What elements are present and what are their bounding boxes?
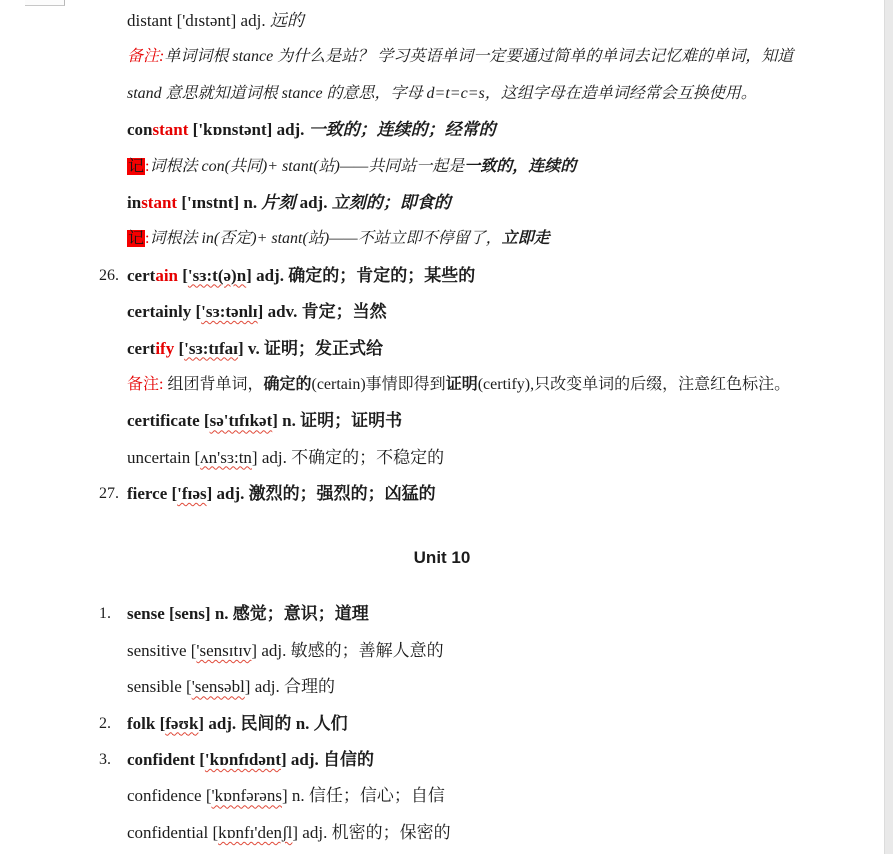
text-run: 激烈的；强烈的；凶猛的: [249, 484, 436, 503]
text-run: con: [127, 120, 153, 139]
text-run: in: [127, 193, 141, 212]
text-run: 民间的: [240, 714, 295, 733]
text-run: stant: [153, 120, 189, 139]
text-run: 记: [127, 230, 145, 247]
root-note-line: 记:词根法 con(共同)+ stant(站)——共同站一起是一致的，连续的: [0, 156, 884, 192]
text-run: 事情即得到: [366, 376, 446, 393]
text-run: 信任；信心；自信: [309, 786, 445, 805]
text-run: stant: [141, 193, 177, 212]
text-run: ['ɪnstnt] n.: [177, 193, 261, 212]
text-run: ] adj.: [207, 484, 249, 503]
text-run: 备注:: [127, 48, 164, 65]
vocab-line: confidential [kɒnfɪ'denʃl] adj. 机密的；保密的: [0, 822, 884, 854]
vocab-line: sensitive ['sensɪtɪv] adj. 敏感的；善解人意的: [0, 640, 884, 676]
text-run: 记: [127, 158, 145, 175]
text-run: ] n.: [282, 786, 309, 805]
text-run: [: [178, 266, 188, 285]
document-body: distant ['dɪstənt] adj. 远的备注:单词词根 stance…: [0, 10, 884, 854]
text-run: ] adv.: [258, 302, 302, 321]
line-number: 3.: [99, 749, 111, 771]
floating-box-fragment: [25, 0, 65, 6]
text-run: ] adj.: [292, 823, 331, 842]
text-run: 合理的: [284, 677, 335, 696]
text-run: 不确定的；不稳定的: [291, 448, 444, 467]
text-run: ] v.: [238, 339, 264, 358]
text-run: 'sɜ:tənlɪ: [201, 302, 258, 321]
text-run: sense [sens] n.: [127, 604, 233, 623]
note-line: stand 意思就知道词根 stance 的意思，字母 d=t=c=s，这组字母…: [0, 83, 884, 119]
note-line: 备注: 组团背单词，确定的(certain)事情即得到证明(certify),只…: [0, 374, 884, 410]
text-run: ʌn'sɜ:tn: [200, 448, 252, 467]
text-run: 'sɜ:tɪfaɪ: [184, 339, 238, 358]
text-run: fəʊk: [165, 714, 198, 733]
line-number: 1.: [99, 603, 111, 625]
page-edge-strip: [884, 0, 893, 854]
text-run: 'kɒnfɪdənt: [205, 750, 281, 769]
vocab-line: certificate [sə'tɪfɪkət] n. 证明；证明书: [0, 410, 884, 446]
vocab-line: sensible ['sensəbl] adj. 合理的: [0, 676, 884, 712]
text-run: confidential [: [127, 823, 218, 842]
text-run: 人们: [314, 714, 348, 733]
text-run: uncertain [: [127, 448, 200, 467]
vocab-line: distant ['dɪstənt] adj. 远的: [0, 10, 884, 46]
vocab-line: 1.sense [sens] n. 感觉；意识；道理: [0, 603, 884, 639]
text-run: 'sensɪtɪv: [196, 641, 251, 660]
text-run: 肯定；当然: [302, 302, 387, 321]
text-run: 单词词根 stance 为什么是站？ 学习英语单词一定要通过简单的单词去记忆难的…: [164, 48, 793, 65]
text-run: 'sɜ:t(ə)n: [188, 266, 246, 285]
line-number: 2.: [99, 713, 111, 735]
text-run: confidence [: [127, 786, 211, 805]
text-run: ['kɒnstənt] adj.: [188, 120, 308, 139]
text-run: 证明；发正式给: [264, 339, 383, 358]
text-run: 'kɒnfərəns: [211, 786, 281, 805]
text-run: ] adj.: [246, 266, 288, 285]
text-run: 'sensəbl: [192, 677, 245, 696]
text-run: certainly [: [127, 302, 201, 321]
vocab-line: 2.folk [fəʊk] adj. 民间的 n. 人们: [0, 713, 884, 749]
vocab-line: constant ['kɒnstənt] adj. 一致的；连续的；经常的: [0, 119, 884, 155]
text-run: 立刻的；即食的: [332, 193, 451, 212]
vocab-line: 3.confident ['kɒnfɪdənt] adj. 自信的: [0, 749, 884, 785]
unit-heading: Unit 10: [0, 547, 884, 567]
vocab-line: certify ['sɜ:tɪfaɪ] v. 证明；发正式给: [0, 338, 884, 374]
text-run: Unit 10: [414, 548, 471, 567]
text-run: ] adj.: [251, 641, 290, 660]
text-run: kɒnfɪ'denʃl: [218, 823, 292, 842]
vocab-line: 26.certain ['sɜ:t(ə)n] adj. 确定的；肯定的；某些的: [0, 265, 884, 301]
vocab-line: uncertain [ʌn'sɜ:tn] adj. 不确定的；不稳定的: [0, 447, 884, 483]
vocab-line: instant ['ɪnstnt] n. 片刻 adj. 立刻的；即食的: [0, 192, 884, 228]
text-run: cert: [127, 339, 155, 358]
text-run: 一致的，连续的: [464, 158, 576, 175]
line-number: 26.: [99, 265, 119, 287]
text-run: adj.: [300, 193, 332, 212]
text-run: ain: [155, 266, 178, 285]
text-run: n.: [296, 714, 314, 733]
text-run: (certify),: [478, 376, 534, 393]
text-run: sensible [: [127, 677, 192, 696]
vocab-line: confidence ['kɒnfərəns] n. 信任；信心；自信: [0, 785, 884, 821]
text-run: 感觉；意识；道理: [233, 604, 369, 623]
text-run: stand 意思就知道词根 stance 的意思，字母 d=t=c=s，这组字母…: [127, 85, 757, 102]
text-run: 只改变单词的后缀，注意红色标注。: [534, 376, 790, 393]
text-run: confident [: [127, 750, 205, 769]
text-run: certificate [: [127, 411, 210, 430]
text-run: (certain): [311, 376, 365, 393]
text-run: folk [: [127, 714, 165, 733]
text-run: sə'tɪfɪkət: [210, 411, 273, 430]
text-run: 'fɪəs: [177, 484, 206, 503]
text-run: 远的: [270, 11, 304, 30]
note-line: 备注:单词词根 stance 为什么是站？ 学习英语单词一定要通过简单的单词去记…: [0, 46, 884, 82]
text-run: 证明: [446, 376, 478, 393]
text-run: 自信的: [323, 750, 374, 769]
text-run: fierce [: [127, 484, 177, 503]
text-run: ] adj.: [245, 677, 284, 696]
text-run: 备注:: [127, 376, 163, 393]
text-run: ] n.: [272, 411, 300, 430]
text-run: ] adj.: [198, 714, 240, 733]
text-run: [: [174, 339, 184, 358]
text-run: ify: [155, 339, 174, 358]
text-run: 立即走: [502, 230, 550, 247]
text-run: 确定的；肯定的；某些的: [288, 266, 475, 285]
text-run: ] adj.: [281, 750, 323, 769]
text-run: 一致的；连续的；经常的: [309, 120, 496, 139]
text-run: 敏感的；善解人意的: [291, 641, 444, 660]
text-run: 片刻: [261, 193, 299, 212]
text-run: 组团背单词，: [163, 376, 263, 393]
root-note-line: 记:词根法 in(否定)+ stant(站)——不站立即不停留了，立即走: [0, 228, 884, 264]
vocab-line: certainly ['sɜ:tənlɪ] adv. 肯定；当然: [0, 301, 884, 337]
text-run: cert: [127, 266, 155, 285]
text-run: 确定的: [263, 376, 311, 393]
text-run: sensitive [: [127, 641, 196, 660]
line-number: 27.: [99, 483, 119, 505]
text-run: 词根法 in(否定)+ stant(站)——不站立即不停留了，: [149, 230, 501, 247]
text-run: distant ['dɪstənt] adj.: [127, 11, 270, 30]
text-run: ] adj.: [252, 448, 291, 467]
text-run: 词根法 con(共同)+ stant(站)——共同站一起是: [149, 158, 464, 175]
text-run: 机密的；保密的: [332, 823, 451, 842]
text-run: 证明；证明书: [300, 411, 402, 430]
vocab-line: 27.fierce ['fɪəs] adj. 激烈的；强烈的；凶猛的: [0, 483, 884, 519]
